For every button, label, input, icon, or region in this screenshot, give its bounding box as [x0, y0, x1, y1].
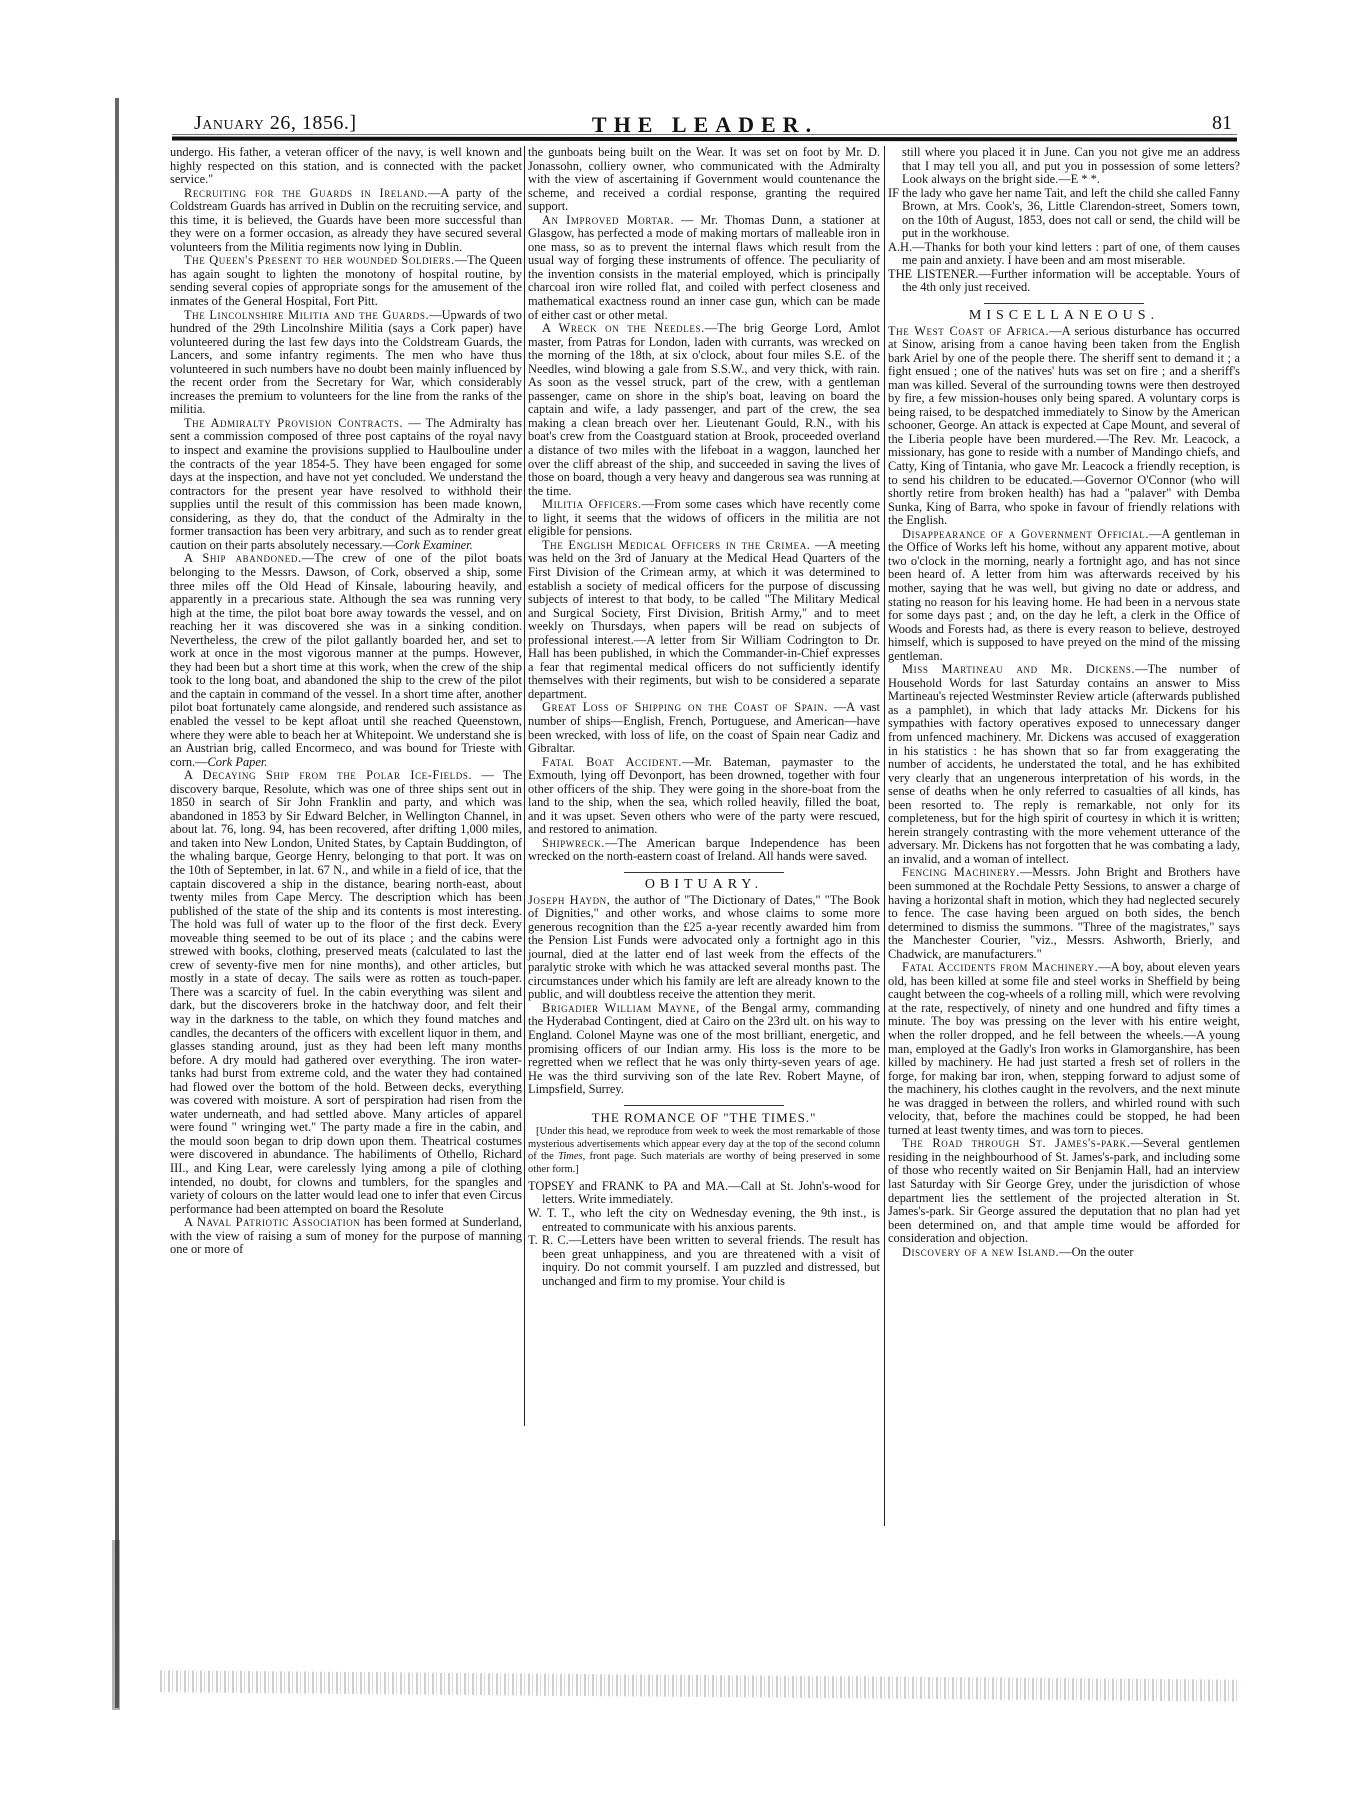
article-body: —The crew of one of the pilot boats belo…	[170, 551, 522, 768]
article: Fatal Boat Accident.—Mr. Bateman, paymas…	[528, 756, 880, 837]
column-divider	[884, 146, 885, 1526]
article-body: — Mr. Thomas Dunn, a stationer at Glasgo…	[528, 213, 880, 322]
article-body: —Messrs. John Bright and Brothers have b…	[888, 865, 1240, 960]
article: A Wreck on the Needles.—The brig George …	[528, 322, 880, 498]
column-left: undergo. His father, a veteran officer o…	[170, 146, 522, 1257]
romance-ads-continued: still where you placed it in June. Can y…	[888, 146, 1240, 295]
article: The Queen's Present to her wounded Soldi…	[170, 254, 522, 308]
article-body: —Several gentlemen residing in the neigh…	[888, 1136, 1240, 1245]
article-heading: Great Loss of Shipping on the Coast of S…	[542, 700, 828, 714]
article-body: — The discovery barque, Resolute, which …	[170, 768, 522, 1216]
article-heading: Miss Martineau and Mr. Dickens.	[902, 662, 1135, 676]
personal-advertisement: A.H.—Thanks for both your kind letters :…	[888, 241, 1240, 268]
article: undergo. His father, a veteran officer o…	[170, 146, 522, 187]
article: the gunboats being built on the Wear. It…	[528, 146, 880, 214]
obituary-entries: Joseph Haydn, the author of "The Diction…	[528, 894, 880, 1097]
article-heading: A Decaying Ship from the Polar Ice-Field…	[184, 768, 472, 782]
article-body: —A meeting was held on the 3rd of Januar…	[528, 538, 880, 701]
article-heading: Discovery of a new Island.	[902, 1245, 1059, 1259]
article-heading: The Lincolnshire Militia and the Guards.	[184, 308, 429, 322]
page-number: 81	[1212, 112, 1232, 135]
article-body: the author of "The Dictionary of Dates,"…	[528, 893, 880, 1002]
article-heading: The English Medical Officers in the Crim…	[542, 538, 811, 552]
article-heading: Fencing Machinery.	[902, 865, 1020, 879]
personal-advertisement: W. T. T., who left the city on Wednesday…	[528, 1207, 880, 1234]
article-heading: An Improved Mortar.	[542, 213, 674, 227]
article-heading: A Ship abandoned.	[184, 551, 302, 565]
article-source: Cork Examiner.	[395, 538, 473, 552]
personal-advertisement: T. R. C.—Letters have been written to se…	[528, 1234, 880, 1288]
article-body: —Upwards of two hundred of the 29th Linc…	[170, 308, 522, 417]
section-divider	[624, 872, 784, 873]
scan-artifact	[160, 1670, 1240, 1701]
article-heading: A Naval Patriotic Association	[184, 1215, 360, 1229]
article: Recruiting for the Guards in Ireland.—A …	[170, 187, 522, 255]
article: Joseph Haydn, the author of "The Diction…	[528, 894, 880, 1002]
article-body: —On the outer	[1059, 1245, 1133, 1259]
article-heading: Fatal Accidents from Machinery.	[902, 960, 1098, 974]
article-heading: The West Coast of Africa.	[888, 324, 1049, 338]
scan-binding-shadow	[112, 1540, 120, 1710]
romance-ads: TOPSEY and FRANK to PA and MA.—Call at S…	[528, 1180, 880, 1288]
article: An Improved Mortar. — Mr. Thomas Dunn, a…	[528, 214, 880, 322]
article: The Admiralty Provision Contracts. — The…	[170, 417, 522, 552]
article: Fatal Accidents from Machinery.—A boy, a…	[888, 961, 1240, 1137]
article-body: —The number of Household Words for last …	[888, 662, 1240, 866]
article-heading: Recruiting for the Guards in Ireland.	[184, 186, 428, 200]
section-divider	[624, 1105, 784, 1106]
article-body: —A boy, about eleven years old, has been…	[888, 960, 1240, 1137]
romance-editorial-note: [Under this head, we reproduce from week…	[528, 1126, 880, 1176]
miscellaneous-entries: The West Coast of Africa.—A serious dist…	[888, 325, 1240, 1260]
article-body: —The brig George Lord, Amlot master, fro…	[528, 321, 880, 498]
column-divider	[524, 146, 525, 1426]
article-heading: The Admiralty Provision Contracts.	[184, 416, 403, 430]
article: Militia Officers.—From some cases which …	[528, 498, 880, 539]
column-right: still where you placed it in June. Can y…	[888, 146, 1240, 1259]
scan-binding-edge	[115, 98, 119, 1708]
article: Shipwreck.—The American barque Independe…	[528, 837, 880, 864]
personal-advertisement: IF the lady who gave her name Tait, and …	[888, 187, 1240, 241]
article: A Decaying Ship from the Polar Ice-Field…	[170, 769, 522, 1216]
article-heading: Disappearance of a Government Official.	[902, 527, 1149, 541]
article-body: —A gentleman in the Office of Works left…	[888, 527, 1240, 663]
column-middle: the gunboats being built on the Wear. It…	[528, 146, 880, 1288]
article-heading: Fatal Boat Accident.	[542, 755, 682, 769]
romance-heading: THE ROMANCE OF "THE TIMES."	[528, 1111, 880, 1125]
article-body: — The Admiralty has sent a commission co…	[170, 416, 522, 552]
article: The English Medical Officers in the Crim…	[528, 539, 880, 702]
article-heading: Joseph Haydn,	[528, 893, 610, 907]
article: Miss Martineau and Mr. Dickens.—The numb…	[888, 663, 1240, 866]
article-heading: A Wreck on the Needles.	[542, 321, 705, 335]
article-body: undergo. His father, a veteran officer o…	[170, 145, 522, 186]
section-divider	[984, 303, 1144, 304]
article: The Lincolnshire Militia and the Guards.…	[170, 309, 522, 417]
article-heading: Militia Officers.	[542, 497, 642, 511]
article: Discovery of a new Island.—On the outer	[888, 1246, 1240, 1260]
miscellaneous-heading: MISCELLANEOUS.	[888, 309, 1240, 323]
personal-advertisement: still where you placed it in June. Can y…	[888, 146, 1240, 187]
personal-advertisement: THE LISTENER.—Further information will b…	[888, 268, 1240, 295]
article-heading: The Queen's Present to her wounded Soldi…	[184, 253, 455, 267]
article-heading: The Road through St. James's-park.	[902, 1136, 1130, 1150]
article: A Naval Patriotic Association has been f…	[170, 1216, 522, 1257]
article: The Road through St. James's-park.—Sever…	[888, 1137, 1240, 1245]
article: Brigadier William Mayne, of the Bengal a…	[528, 1002, 880, 1097]
article-body: the gunboats being built on the Wear. It…	[528, 145, 880, 213]
article-heading: Shipwreck.	[542, 836, 605, 850]
article-body: —A serious disturbance has occurred at S…	[888, 324, 1240, 528]
article: Great Loss of Shipping on the Coast of S…	[528, 701, 880, 755]
article-body: of the Bengal army, commanding the Hyder…	[528, 1001, 880, 1096]
article-heading: Brigadier William Mayne,	[542, 1001, 700, 1015]
masthead-rule-thin	[172, 134, 1237, 135]
article: Fencing Machinery.—Messrs. John Bright a…	[888, 866, 1240, 961]
article: A Ship abandoned.—The crew of one of the…	[170, 552, 522, 769]
obituary-heading: OBITUARY.	[528, 878, 880, 892]
article: Disappearance of a Government Official.—…	[888, 528, 1240, 663]
article: The West Coast of Africa.—A serious dist…	[888, 325, 1240, 528]
personal-advertisement: TOPSEY and FRANK to PA and MA.—Call at S…	[528, 1180, 880, 1207]
news-items-middle: the gunboats being built on the Wear. It…	[528, 146, 880, 864]
article-source: Cork Paper.	[208, 755, 268, 769]
